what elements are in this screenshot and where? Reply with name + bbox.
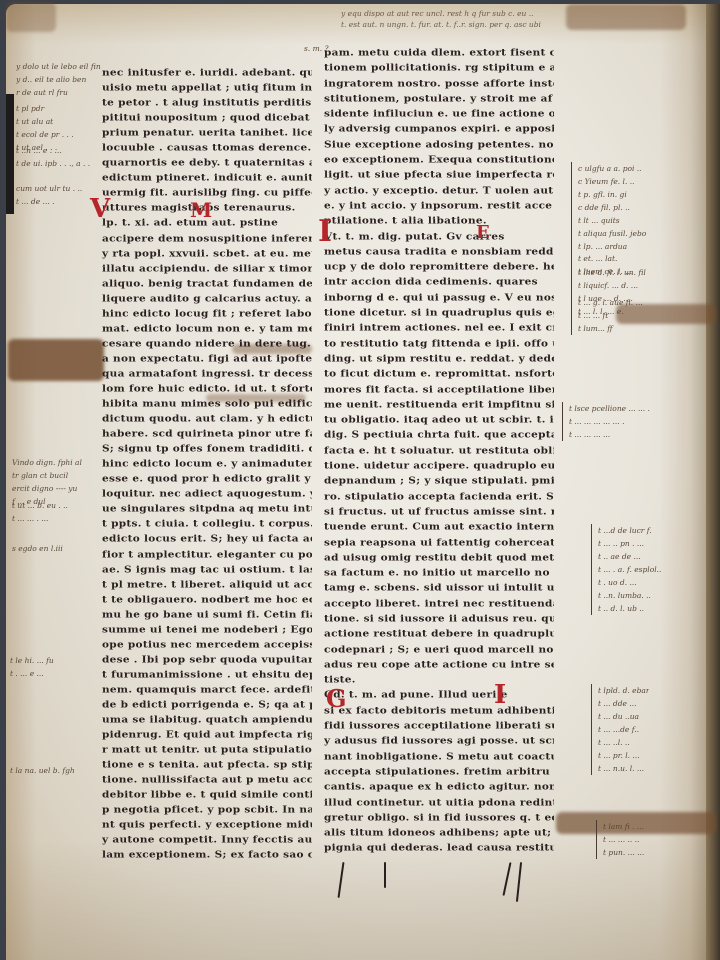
text-line: ligit. ut siue pfecta siue imperfecta re…	[324, 170, 554, 183]
rubric-initial-e: E	[476, 222, 490, 243]
left-text-column: nec initusfer e. iuridi. adebant. quamua…	[102, 66, 312, 863]
text-line: tione dicetur. si in quadruplus quis egi…	[324, 307, 554, 320]
text-line: ope potius nec mercedem accepisse ui	[102, 639, 312, 652]
gloss-line: t . uo d. ...	[598, 576, 661, 589]
gloss-line: t de ui. ipb . . ., a . .	[16, 157, 90, 170]
text-line: sa factum e. no initio ut marcello no	[324, 567, 554, 580]
gloss-line: t. est aut. n ungn. t. fur. at. t. f..r.…	[341, 19, 541, 30]
margin-gloss-block: y dolo ut le lebo eil finy d.. eil te al…	[16, 60, 101, 99]
binding-edge	[6, 94, 14, 214]
gloss-line: t .. d. l. ub ..	[598, 602, 661, 615]
gloss-line: t ... ... ... ... ... .	[569, 415, 650, 428]
rubric-initial-v: V	[90, 194, 110, 224]
text-line: tu obligatio. itaq adeo ut ut scbir. t. …	[324, 414, 554, 427]
text-line: nem. quamquis marct fece. ardefititio	[102, 684, 312, 697]
gloss-line: t ... . a. f. esplol..	[598, 563, 661, 576]
brown-stain-upper-left	[6, 2, 56, 32]
initial-glyph: V	[90, 194, 110, 224]
text-line: tione. si sid iussore ii aduisus reu. qu…	[324, 613, 554, 626]
text-line: liquere audito g calcarius actuy. an	[102, 293, 312, 306]
text-line: y autone competit. Inny fecctis aut fo	[102, 835, 312, 848]
text-line: dictum quodu. aut clam. y h edictum locu	[102, 413, 312, 426]
text-line: Vt. t. m. dig. putat. Gv carres	[324, 231, 554, 244]
text-line: pidenrug. Et quid aut impfecta rig e. h	[102, 729, 312, 742]
text-line: finiri intrem actiones. nel ee. I exit c…	[324, 322, 554, 335]
margin-gloss-block: t ...d de lucr f.t ... .. pn . ...t .. a…	[591, 524, 661, 615]
gloss-line: c dde fil. pl. ..	[578, 201, 646, 214]
text-line: locuuble . causas ttomas derence. maior	[102, 142, 312, 155]
gloss-line: t ut ... b. eu . ..	[12, 499, 68, 512]
gloss-line: t ... ... ... ...	[569, 428, 650, 441]
text-line: si ex facto debitoris metum adhibentis	[324, 705, 554, 718]
gloss-line: t le hi. ... fu	[10, 654, 54, 667]
gloss-line: t pl pdr	[16, 102, 74, 115]
text-line: dese . Ibi pop sebr quoda vupuitare.	[102, 654, 312, 667]
gloss-line: y dolo ut le lebo eil fin	[16, 60, 101, 73]
gloss-line: s egdo en l.iii	[12, 542, 63, 555]
gloss-line: t ... ...de f..	[598, 723, 649, 736]
rubric-initial-i: I	[318, 214, 332, 249]
text-line: quarnortis ee deby. t quaternitas ab	[102, 157, 312, 170]
text-line: codepnari ; S; e ueri quod marcell notat…	[324, 644, 554, 657]
text-line: sidente infiluciun e. ue fine actione ol	[324, 108, 554, 121]
manuscript-leaf: y equ dispo at aut rec uncl. rest h q fu…	[6, 4, 720, 960]
gloss-line: r de aut rl fru	[16, 86, 101, 99]
gloss-line: t ... du ..ua	[598, 710, 649, 723]
margin-gloss-block: c ulgfu a a. poi ..c Yieum fe. l. ..t p.…	[571, 162, 646, 253]
text-line: t ppts. t ciuia. t collegiu. t corpus. h…	[102, 519, 312, 532]
text-line: ptilatione. t alia libatione.	[324, 215, 554, 228]
text-line: si fructus. ut uf fructus amisse sint. r…	[324, 506, 554, 519]
gloss-line: y d.. eil te alio ben	[16, 73, 101, 86]
text-line: edicto locus erit. S; hey ui facta aquoc…	[102, 534, 312, 547]
gloss-line: t ... ... .. ..	[603, 833, 644, 846]
initial-glyph: E	[476, 222, 490, 243]
text-line: ue singulares sitpdna aq metu intulit.	[102, 503, 312, 516]
gloss-line: t ... n.u. l. ...	[598, 762, 649, 775]
gloss-line: Vindo dign. fphi al	[12, 456, 82, 469]
text-line: pititui noupositum ; quod dicebat . nost…	[102, 112, 312, 125]
text-line: tione. nullissifacta aut p metu accepto …	[102, 774, 312, 787]
gloss-line: t ... .. pn . ...	[598, 537, 661, 550]
text-line: hibita manu mimes solo pui edificos. y i…	[102, 398, 312, 411]
text-line: esse e. quod pror h edicto gralit y intr	[102, 473, 312, 486]
text-line: edictum ptineret. indicuit e. aunite qui…	[102, 172, 312, 185]
gloss-line: y equ dispo at aut rec uncl. rest h q fu…	[341, 8, 541, 19]
gloss-line: t ...d de lucr f.	[598, 524, 661, 537]
rubric-initial-g: G	[326, 684, 347, 713]
text-line: hinc edicto locum e. y animadutendum	[102, 458, 312, 471]
text-line: t te obligauero. nodbert me hoc edicto	[102, 594, 312, 607]
gloss-line: t ... ..l. ..	[598, 736, 649, 749]
brown-stain-left	[8, 339, 104, 381]
text-line: accepta stipulationes. fretim arbitru ud…	[324, 766, 554, 779]
text-line: e. y int accio. y inpsorum. restit acce	[324, 200, 554, 213]
text-line: metus causa tradita e nonsbiam reddere	[324, 246, 554, 259]
text-line: fior t amplectitur. eleganter cu pop	[102, 549, 312, 562]
text-line: gretur obligo. si in fid iussores q. t e…	[324, 812, 554, 825]
text-line: eo exceptionem. Exequa constitutione col	[324, 154, 554, 167]
gloss-line: t lpld. d. ebar	[598, 684, 649, 697]
text-line: de b edicti porrigenda e. S; qa at pror	[102, 699, 312, 712]
gloss-line: t ut alu at	[16, 115, 74, 128]
text-line: actione restituat debere in quadruplus	[324, 628, 554, 641]
text-line: nt quis perfecti. y exceptione midu.	[102, 819, 312, 832]
text-line: prium penatur. uerita tanihet. licet tri	[102, 127, 312, 140]
text-line: p negotia pficet. y pop scbit. In nago	[102, 804, 312, 817]
margin-gloss-block: t lam fi . ...t ... ... .. ..t pun. ... …	[596, 820, 644, 859]
text-line: te petor . t alug institutis perditis. l…	[102, 97, 312, 110]
gloss-line: t ... g. l. aue fi. ...	[578, 296, 643, 309]
text-line: ad uisug omig restitu debit quod metus c…	[324, 552, 554, 565]
margin-gloss-block: t la na. uel b. fgh	[10, 764, 75, 777]
text-line: S; signu tp offes fonem tradiditi. die p…	[102, 443, 312, 456]
text-line: debitor libbe e. t quid simile contigit	[102, 789, 312, 802]
text-line: tionem pollicitationis. rg stipitum e ab	[324, 62, 554, 75]
margin-gloss-block: t ut ... b. eu . ..t ... ... . ...	[12, 499, 68, 525]
top-margin-gloss: y equ dispo at aut rec uncl. rest h q fu…	[341, 8, 541, 30]
text-line: mu he go bane ui sumi fi. Cetin fiakii	[102, 609, 312, 622]
margin-gloss-block: t lpld. d. ebart ... dde ...t ... du ..u…	[591, 684, 649, 775]
initial-glyph: I	[494, 680, 506, 710]
text-line: mat. edicto locum non e. y tam medicatu	[102, 323, 312, 336]
text-line: ingratorem nostro. posse afforte inste t…	[324, 78, 554, 91]
initial-glyph: G	[326, 684, 347, 713]
gloss-line: t lsce pcellione ... ... .	[569, 402, 650, 415]
text-line: mores fit facta. si acceptilatione liber…	[324, 384, 554, 397]
text-line: ucp y de dolo repromittere debere. heyon	[324, 261, 554, 274]
gloss-line: c ulgfu a a. poi ..	[578, 162, 646, 175]
text-line: aliquo. benig tractat fundamen dere	[102, 278, 312, 291]
margin-gloss-block: t ..n ... e . ...t de ui. ipb . . ., a .…	[16, 144, 90, 170]
text-line: nant inobligatione. S metu aut coactus	[324, 751, 554, 764]
brown-stain-top-right	[566, 4, 686, 30]
gloss-line: c Yieum fe. l. ..	[578, 175, 646, 188]
rubric-initial-m: M	[190, 198, 212, 222]
text-line: t furumanimissione . ut ehsitu depositie	[102, 669, 312, 682]
gloss-line: t ..n ... e . ...	[16, 144, 90, 157]
text-line: pignia qui dederas. lead causa restituas…	[324, 843, 554, 856]
margin-gloss-block: t ... g. l. aue fi. ...t ... ... ftt lum…	[571, 296, 643, 335]
initial-glyph: M	[190, 198, 212, 222]
text-line: lom fore huic edicto. id ut. t sforte ab	[102, 383, 312, 396]
text-line: uisio metu appellat ; utiq fitum infurit…	[102, 82, 312, 95]
text-line: accepto liberet. intrei nec restituenda …	[324, 598, 554, 611]
gloss-line: t pun. ... ...	[603, 846, 644, 859]
text-line: tamg e. scbens. sid uissor ui intulit ut	[324, 583, 554, 596]
gloss-line: t la na. uel b. fgh	[10, 764, 75, 777]
text-line: qua armatafont ingressi. tr decessi. tt …	[102, 368, 312, 381]
gloss-line: t aliqua fusil. jebo	[578, 227, 646, 240]
text-line: depnandum ; S; y sique stipulati. pmisse	[324, 475, 554, 488]
text-line: uma se ilabitug. quatch ampiendu e	[102, 714, 312, 727]
text-line: dig. S pectiuia chrta fuit. que accepta …	[324, 430, 554, 443]
text-line: tuende erunt. Cum aut exactio intern fit	[324, 521, 554, 534]
text-line: Siue exceptione adosing petentes. no de	[324, 139, 554, 152]
gloss-line: t ... ... ft	[578, 309, 643, 322]
text-line: ae. S ignis mag tac ui ostium. t lastum.	[102, 564, 312, 577]
text-line: stitutionem, postulare. y stroit me af	[324, 93, 554, 106]
text-line: me uenit. restituenda erit impfitnu sia	[324, 399, 554, 412]
text-line: r matt ut tenitr. ut puta stipulation	[102, 744, 312, 757]
text-line: sepia reapsona ui fattentig coherceat. S…	[324, 537, 554, 550]
descender-stroke	[516, 862, 522, 902]
text-line: cantis. apaque ex h edicto agitur. non s…	[324, 781, 554, 794]
gloss-line: t et. ... lat.	[578, 252, 632, 265]
descender-stroke	[338, 862, 345, 898]
margin-gloss-block: cum uot ulr tu . ..t ... de ... .	[16, 182, 82, 208]
text-line: a non expectatu. figi ad aut ipoftea	[102, 353, 312, 366]
text-line: tiste.	[324, 674, 554, 687]
text-line: loquitur. nec adiect aquogestum. y io fi	[102, 488, 312, 501]
text-line: to restitutio tatg fittenda e ipii. offo…	[324, 338, 554, 351]
gloss-line: t liquicf. ... d. ...	[578, 279, 646, 292]
gloss-line: t p. gfl. in. gi	[578, 188, 646, 201]
margin-gloss-block: t lsce pcellione ... ... .t ... ... ... …	[562, 402, 650, 441]
gloss-line: t lam fi . ...	[603, 820, 644, 833]
text-line: y rta popl. xxvuii. scbet. at eu. metu	[102, 248, 312, 261]
text-line: pam. metu cuida dlem. extort fisent cau	[324, 47, 554, 60]
text-line: alis titum idoneos adhibens; apte ut;	[324, 827, 554, 840]
text-line: adus reu cope atte actione cu intre sep	[324, 659, 554, 672]
text-line: nec initusfer e. iuridi. adebant. quamua	[102, 67, 312, 80]
descender-stroke	[384, 862, 386, 888]
text-line: illatu accipiendu. de siliar x timor ab	[102, 263, 312, 276]
text-line: y actio. y exceptio. detur. T uolen aut …	[324, 185, 554, 198]
text-line: t pl metre. t liberet. aliquid ut accepe…	[102, 579, 312, 592]
gloss-line: t ... ... . ...	[12, 512, 68, 525]
text-line: habere. scd quirineta pinor utre facere.	[102, 428, 312, 441]
gloss-line: t ..n. lumba. ..	[598, 589, 661, 602]
gloss-line: t ... de ... .	[16, 195, 82, 208]
text-line: y adusus fid iussores agi posse. ut scri…	[324, 736, 554, 749]
rubric-initial-i-2: I	[494, 680, 506, 710]
gloss-line: t ... dde ...	[598, 697, 649, 710]
gloss-line: cum uot ulr tu . ..	[16, 182, 82, 195]
text-line: ding. ut sipm restitu e. reddat. y dedo	[324, 353, 554, 366]
text-line: ro. stipulatio accepta facienda erit. S;…	[324, 491, 554, 504]
gloss-line: t ecol de pr . . .	[16, 128, 74, 141]
text-line: illud continetur. ut uitia pdona redinte	[324, 797, 554, 810]
gloss-line: ercit digno ---- yu	[12, 482, 82, 495]
text-line: accipere dem nosuspitione inferendi e.	[102, 233, 312, 246]
text-line: inborng d e. qui ui passug e. V eu nostr…	[324, 292, 554, 305]
text-line: Gd. t. m. ad pune. Illud ueri e	[324, 690, 554, 703]
gloss-line: t lt ... quits	[578, 214, 646, 227]
gloss-line: t ... pr. l. ...	[598, 749, 649, 762]
descender-stroke	[502, 862, 511, 896]
text-line: hinc edicto locug fit ; referet labone e…	[102, 308, 312, 321]
right-text-column: pam. metu cuida dlem. extort fisent caut…	[324, 46, 554, 857]
initial-glyph: I	[318, 214, 332, 249]
text-line: facta e. ht t soluatur. ut restituta obl…	[324, 445, 554, 458]
text-line: lam exceptionem. S; ex facto sao cum ad	[102, 850, 312, 863]
text-line: ly adversig cumpanos expiri. e appositi.	[324, 124, 554, 137]
text-line: cesare quando nidere in dere tug. quod	[102, 338, 312, 351]
margin-gloss-block: s egdo en l.iii	[12, 542, 63, 555]
gloss-line: t .. ae de ...	[598, 550, 661, 563]
text-line: tione. uidetur accipere. quadruplo eu co	[324, 460, 554, 473]
gloss-line: t lhe d. fl. l. un. fil	[578, 266, 646, 279]
text-line: summe ui tenei me nodeberi ; Ego ii	[102, 624, 312, 637]
gloss-line: t lum... ff	[578, 322, 643, 335]
gloss-line: tr glan ct bucil	[12, 469, 82, 482]
text-line: intr accion dida cedimenis. quares	[324, 277, 554, 290]
text-line: fidi iussores acceptilatione liberati su…	[324, 720, 554, 733]
gloss-line: t . ... e ...	[10, 667, 54, 680]
text-line: tione e s tenita. aut pfecta. sp stipula	[102, 759, 312, 772]
text-line: to ficut dictum e. repromittat. nsforte …	[324, 368, 554, 381]
margin-gloss-block: t le hi. ... fut . ... e ...	[10, 654, 54, 680]
